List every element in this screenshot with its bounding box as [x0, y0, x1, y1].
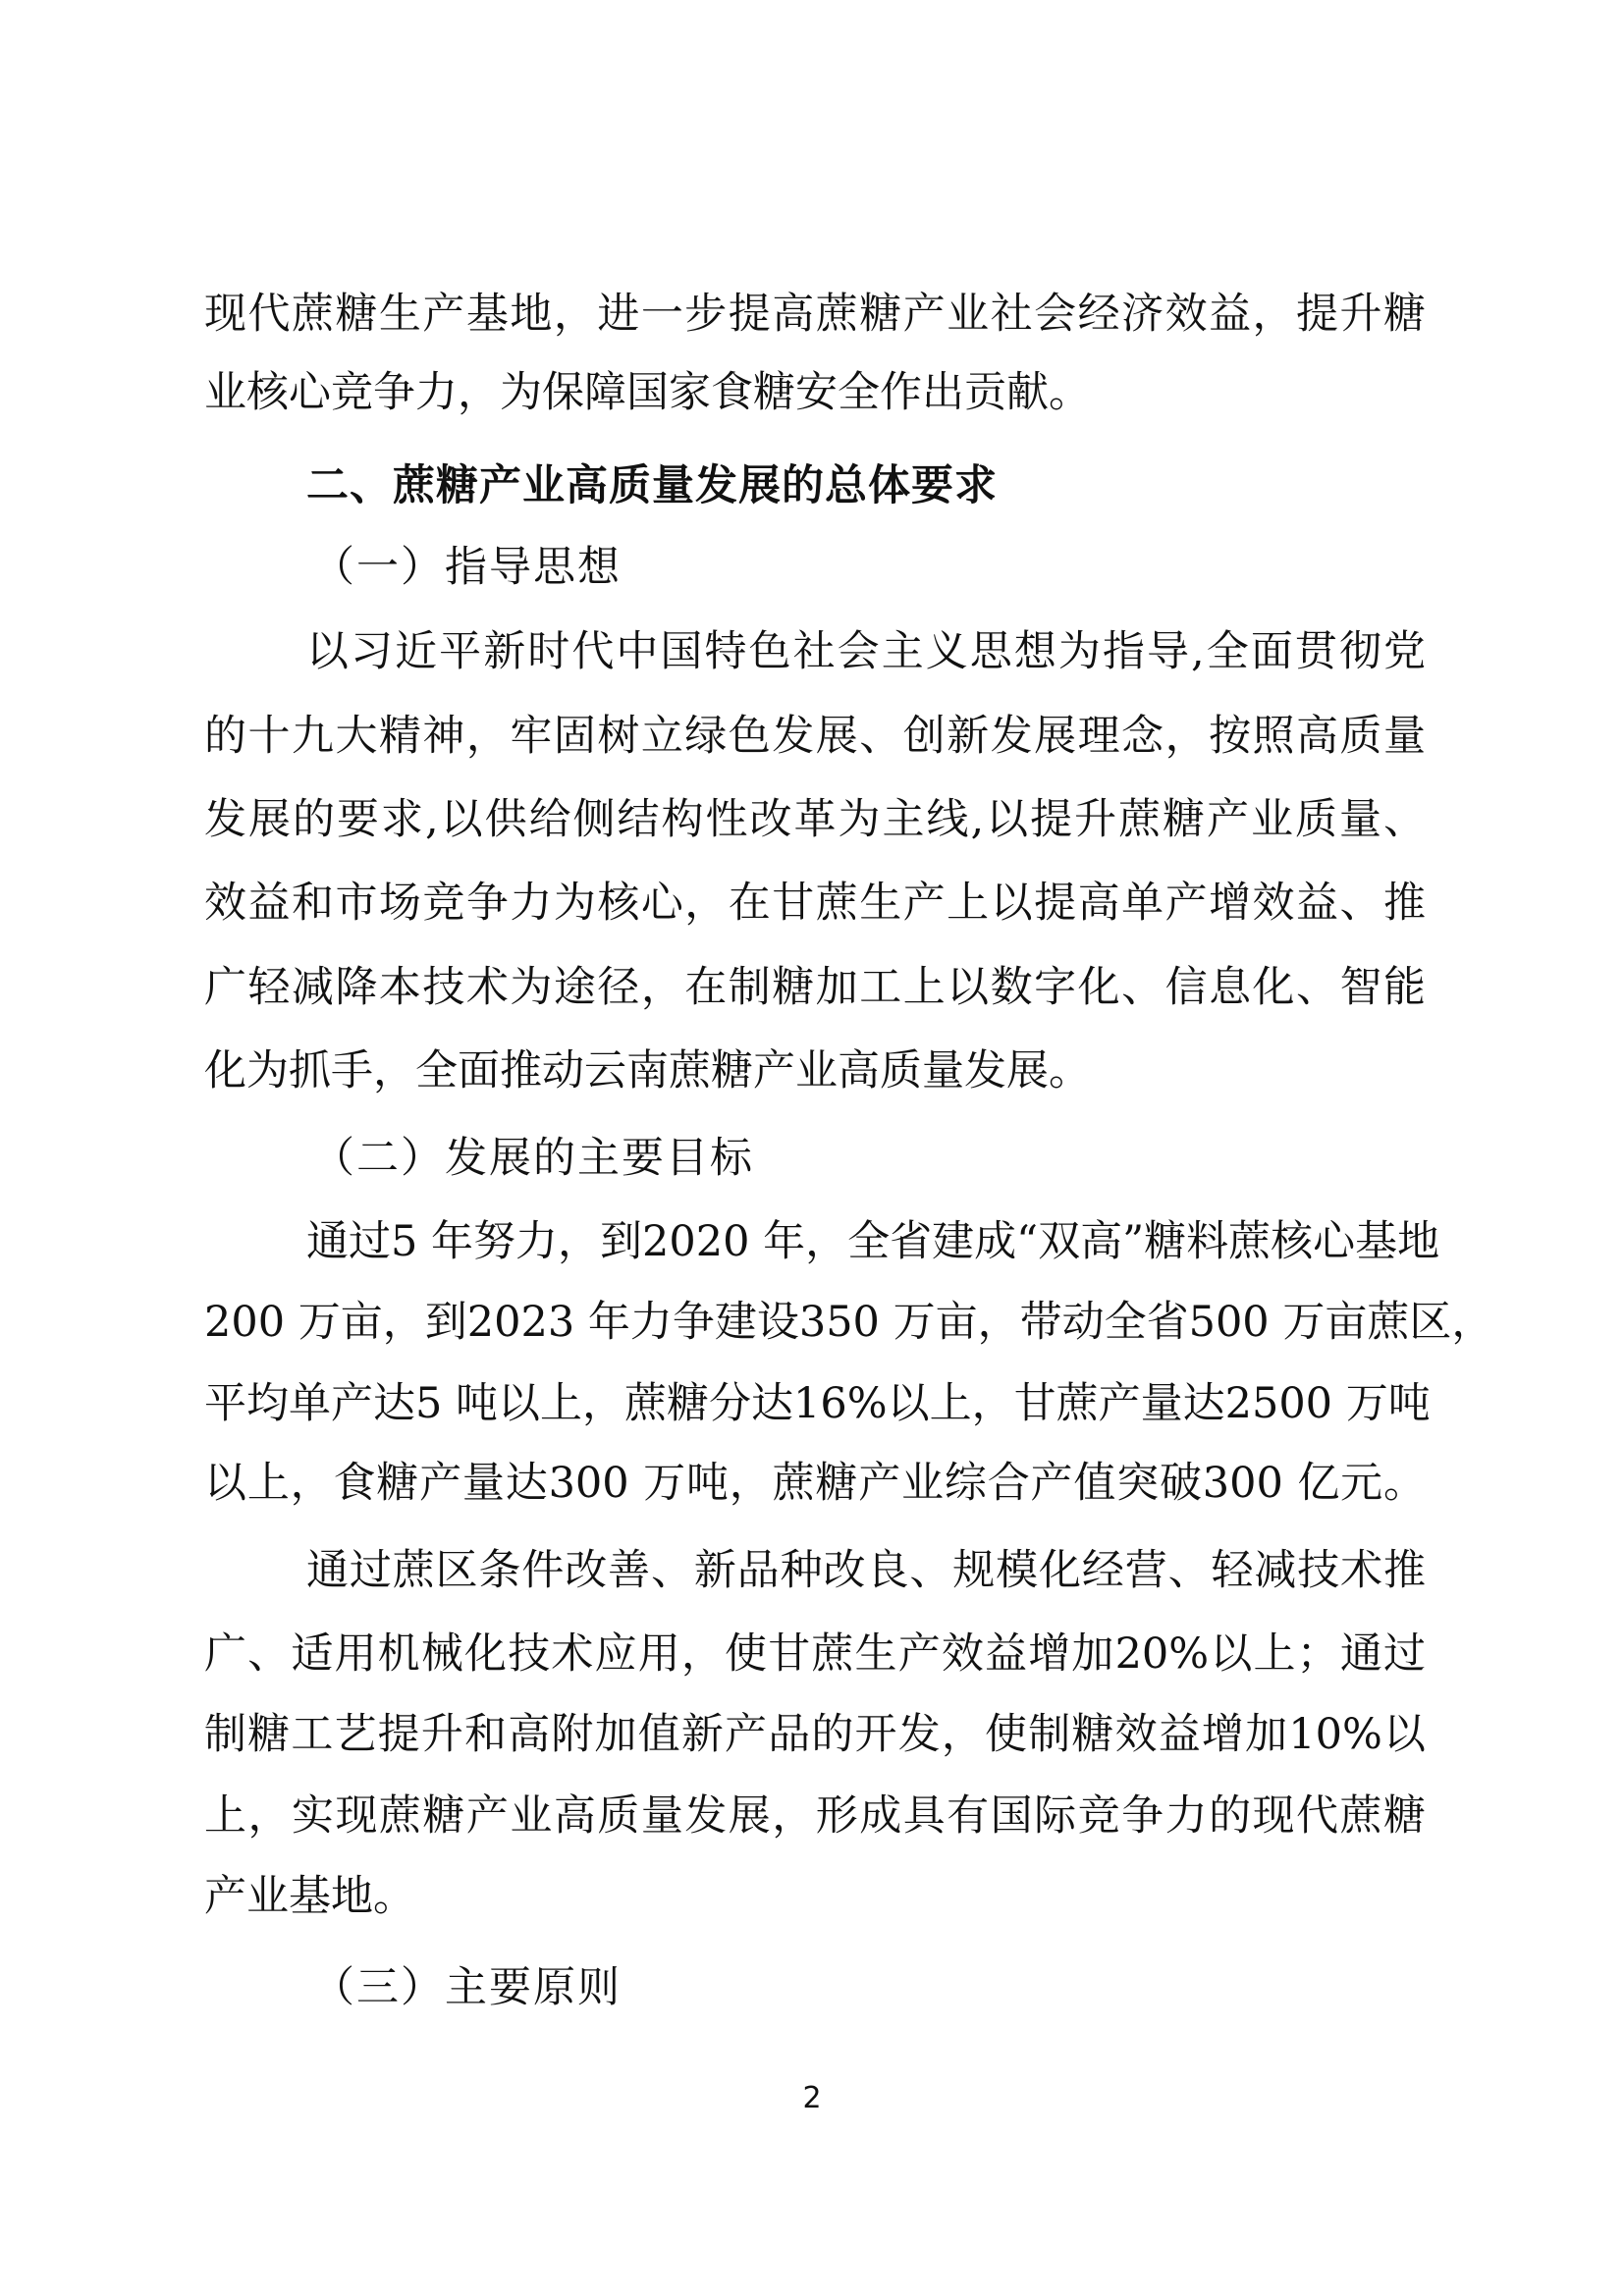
- paragraph-line: 通过5 年努力，到2020 年，全省建成“双高”糖料蔗核心基地: [306, 1212, 1426, 1271]
- paragraph-line: 化为抓手，全面推动云南蔗糖产业高质量发展。: [204, 1041, 1426, 1100]
- paragraph-line: 上，实现蔗糖产业高质量发展，形成具有国际竞争力的现代蔗糖: [204, 1787, 1426, 1845]
- subsection-heading-main-goals: （二）发展的主要目标: [312, 1129, 754, 1188]
- section-heading: 二、蔗糖产业高质量发展的总体要求: [306, 456, 998, 515]
- paragraph-line: 广轻减降本技术为途径，在制糖加工上以数字化、信息化、智能: [204, 958, 1426, 1017]
- paragraph-line: 现代蔗糖生产基地，进一步提高蔗糖产业社会经济效益，提升糖: [204, 285, 1426, 344]
- paragraph-line: 平均单产达5 吨以上，蔗糖分达16%以上，甘蔗产量达2500 万吨: [204, 1374, 1426, 1433]
- paragraph-line: 200 万亩，到2023 年力争建设350 万亩，带动全省500 万亩蔗区，: [204, 1293, 1426, 1352]
- paragraph-line: 制糖工艺提升和高附加值新产品的开发，使制糖效益增加10%以: [204, 1705, 1426, 1764]
- paragraph-line: 产业基地。: [204, 1867, 1426, 1926]
- subsection-heading-guiding-ideology: （一）指导思想: [312, 538, 622, 597]
- paragraph-line: 广、适用机械化技术应用，使甘蔗生产效益增加20%以上；通过: [204, 1625, 1426, 1683]
- paragraph-line: 通过蔗区条件改善、新品种改良、规模化经营、轻减技术推: [306, 1541, 1426, 1600]
- paragraph-line: 发展的要求,以供给侧结构性改革为主线,以提升蔗糖产业质量、: [204, 790, 1426, 849]
- paragraph-line: 的十九大精神，牢固树立绿色发展、创新发展理念，按照高质量: [204, 707, 1426, 766]
- paragraph-line: 效益和市场竞争力为核心，在甘蔗生产上以提高单产增效益、推: [204, 874, 1426, 933]
- document-page: 现代蔗糖生产基地，进一步提高蔗糖产业社会经济效益，提升糖 业核心竞争力，为保障国…: [0, 0, 1624, 2296]
- paragraph-line: 业核心竞争力，为保障国家食糖安全作出贡献。: [204, 363, 1426, 422]
- page-number: 2: [0, 2081, 1624, 2115]
- paragraph-line: 以习近平新时代中国特色社会主义思想为指导,全面贯彻党: [306, 622, 1426, 681]
- paragraph-line: 以上，食糖产量达300 万吨，蔗糖产业综合产值突破300 亿元。: [204, 1454, 1426, 1513]
- subsection-heading-main-principles: （三）主要原则: [312, 1958, 622, 2017]
